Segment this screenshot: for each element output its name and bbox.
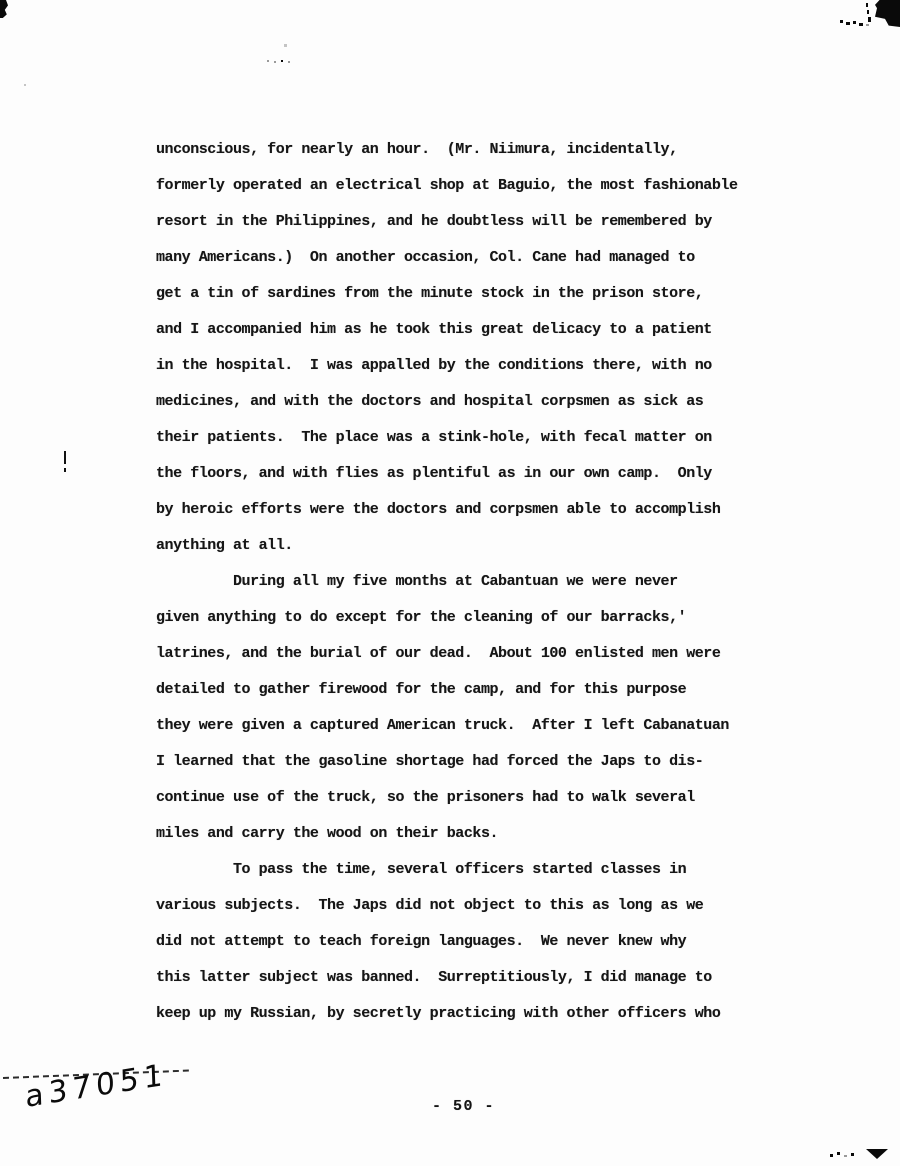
scan-artifact-speckle [281, 60, 283, 62]
scan-artifact-speckle [844, 1155, 847, 1157]
text-line: continue use of the truck, so the prison… [156, 780, 816, 816]
scan-artifact-speckle [859, 23, 863, 26]
text-line: in the hospital. I was appalled by the c… [156, 348, 816, 384]
text-line: did not attempt to teach foreign languag… [156, 924, 816, 960]
margin-tick-dot [64, 468, 66, 472]
scan-artifact-speckle [24, 84, 26, 86]
text-line: many Americans.) On another occasion, Co… [156, 240, 816, 276]
text-line: During all my five months at Cabantuan w… [156, 564, 816, 600]
text-line: I learned that the gasoline shortage had… [156, 744, 816, 780]
scan-artifact-top-left [0, 0, 8, 18]
text-line: keep up my Russian, by secretly practici… [156, 996, 816, 1032]
scan-artifact-dot [866, 3, 868, 7]
text-line: detailed to gather firewood for the camp… [156, 672, 816, 708]
margin-tick-mark [64, 451, 66, 464]
text-line: formerly operated an electrical shop at … [156, 168, 816, 204]
text-line: they were given a captured American truc… [156, 708, 816, 744]
text-line: get a tin of sardines from the minute st… [156, 276, 816, 312]
text-line: anything at all. [156, 528, 816, 564]
text-line: this latter subject was banned. Surrepti… [156, 960, 816, 996]
scan-artifact-speckle [288, 61, 290, 63]
text-line: and I accompanied him as he took this gr… [156, 312, 816, 348]
scan-artifact-top-right-blotch [875, 0, 900, 27]
scan-artifact-dot [867, 10, 869, 14]
text-line: their patients. The place was a stink-ho… [156, 420, 816, 456]
scan-artifact-speckle [840, 20, 843, 23]
text-line: resort in the Philippines, and he doubtl… [156, 204, 816, 240]
text-line: To pass the time, several officers start… [156, 852, 816, 888]
text-line: latrines, and the burial of our dead. Ab… [156, 636, 816, 672]
scan-artifact-speckle [274, 61, 276, 63]
scan-artifact-speckle [284, 44, 287, 47]
scan-artifact-speckle [846, 22, 850, 25]
scan-artifact-speckle [851, 1153, 854, 1156]
text-line: given anything to do except for the clea… [156, 600, 816, 636]
scan-artifact-speckle [837, 1152, 840, 1155]
text-line: the floors, and with flies as plentiful … [156, 456, 816, 492]
scan-artifact-speckle [830, 1154, 833, 1157]
typewritten-text: unconscious, for nearly an hour. (Mr. Ni… [156, 132, 816, 1032]
text-line: miles and carry the wood on their backs. [156, 816, 816, 852]
scan-artifact-bottom-right-triangle [866, 1149, 888, 1159]
text-line: by heroic efforts were the doctors and c… [156, 492, 816, 528]
handwritten-archive-number: a37051 [25, 1057, 168, 1115]
text-line: unconscious, for nearly an hour. (Mr. Ni… [156, 132, 816, 168]
text-line: medicines, and with the doctors and hosp… [156, 384, 816, 420]
scan-artifact-speckle [267, 60, 269, 62]
scan-artifact-speckle [853, 21, 856, 24]
scan-artifact-speckle [866, 24, 869, 26]
scanned-page: unconscious, for nearly an hour. (Mr. Ni… [0, 0, 900, 1166]
page-number: - 50 - [432, 1098, 495, 1115]
scan-artifact-dot [868, 17, 871, 22]
text-line: various subjects. The Japs did not objec… [156, 888, 816, 924]
